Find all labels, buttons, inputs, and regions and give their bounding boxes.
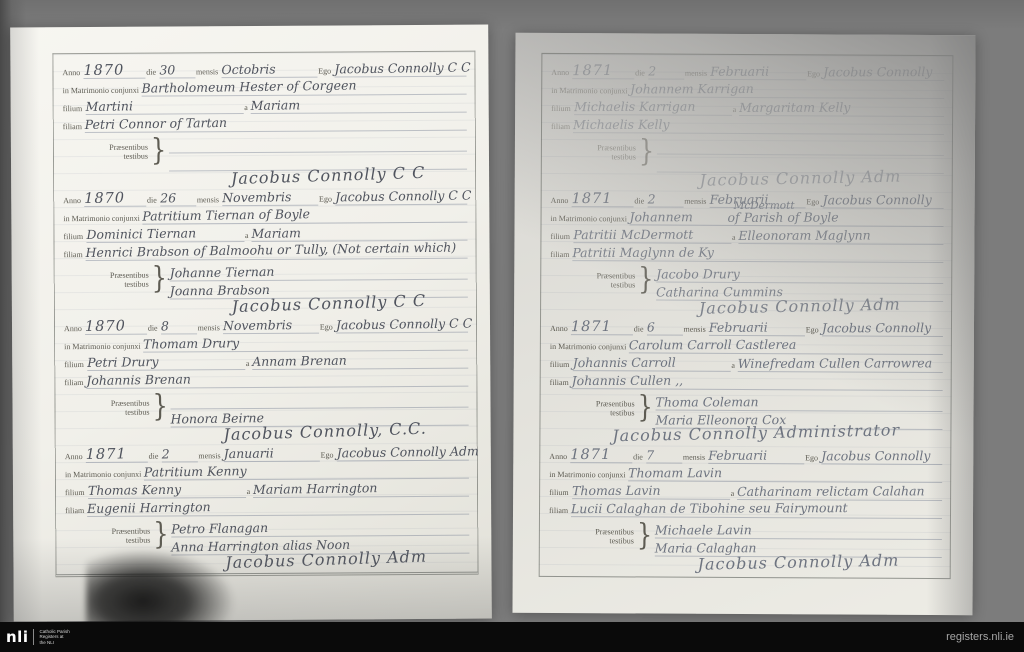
site-watermark: registers.nli.ie (946, 631, 1014, 643)
entry-mother: Mariam Harrington (253, 481, 378, 497)
register-page-right: Anno 1871 die 2 mensis Februarii Ego Jac… (512, 33, 975, 615)
entry-year: 1870 (85, 319, 126, 334)
entry-bride-father: Michaelis Kelly (573, 118, 670, 132)
register-entry: Anno 1871 die 2 mensis Februarii Ego Jac… (548, 59, 947, 189)
form-label-filium: filium (548, 488, 572, 499)
entry-year: 1871 (572, 64, 613, 78)
entry-spouse: Johannem Karrigan (631, 82, 755, 96)
form-label-filiam: filiam (63, 378, 86, 389)
form-label-filiam: filiam (64, 506, 87, 517)
entry-year: 1871 (571, 192, 612, 206)
brace-glyph: } (152, 259, 168, 304)
entry-mother: Mariam (251, 226, 301, 241)
entry-day: 26 (160, 191, 176, 205)
brace-glyph: } (637, 516, 653, 561)
entry-month: Novembris (222, 190, 291, 205)
form-label-testibus: Præsentibus testibus (548, 392, 634, 428)
entry-day: 8 (160, 319, 168, 333)
entry-day: 6 (646, 320, 654, 334)
form-label-testibus: Præsentibus testibus (550, 136, 636, 172)
register-scan: Anno 1870 die 30 mensis Octobris Ego Jac… (0, 0, 1024, 652)
entry-groom-father: Johannis Carroll (572, 356, 675, 370)
entry-priest: Jacobus Connolly Adm (336, 444, 478, 460)
entry-mother: Margaritam Kelly (739, 101, 850, 115)
entry-spouse: Thomam Drury (143, 336, 239, 351)
entry-groom-father: Thomas Kenny (87, 483, 180, 498)
witness-name: Michaele Lavin (655, 523, 752, 537)
entry-month: Februarii (710, 65, 769, 79)
form-label-filiam: filiam (549, 378, 572, 389)
entry-spouse: Johannem (630, 210, 693, 224)
entry-groom-father: Martini (85, 99, 132, 114)
form-label-filium: filium (64, 488, 88, 499)
entry-priest: Jacobus Connolly (821, 449, 930, 463)
form-label-testibus: Præsentibus testibus (62, 136, 148, 173)
entry-spouse: Patritium Tiernan of Boyle (143, 207, 311, 223)
entry-year: 1871 (85, 447, 126, 462)
entry-bride-father: Johannis Cullen ,, (572, 374, 684, 388)
entry-bride-father: Lucii Calaghan de Tibohine seu Fairymoun… (571, 501, 848, 516)
register-entry: Anno 1870 die 30 mensis Octobris Ego Jac… (59, 57, 469, 187)
entry-priest: Jacobus Connolly (823, 65, 932, 79)
form-label-filium: filium (549, 360, 573, 371)
priest-signature: Jacobus Connolly Adm (225, 550, 427, 571)
entry-month: Novembris (223, 318, 292, 333)
entry-mother: Elleonoram Maglynn (739, 229, 871, 243)
form-label-filium: filium (549, 232, 573, 243)
entry-month: Februarii (708, 449, 767, 463)
entry-mother: Winefredam Cullen Carrowrea (738, 356, 932, 371)
brace-glyph: } (638, 260, 654, 305)
entry-day: 7 (646, 448, 654, 462)
form-label-anno: Anno (548, 452, 570, 463)
entry-year: 1870 (83, 63, 124, 78)
entry-day: 2 (161, 447, 169, 461)
entry-bride-father: Eugenii Harrington (87, 500, 211, 516)
form-label-anno: Anno (63, 324, 85, 335)
entry-month: Octobris (221, 62, 275, 77)
entry-month: Februarii (709, 321, 768, 335)
priest-signature: Jacobus Connolly Administrator (612, 423, 900, 443)
entry-groom-father: Patritii McDermott (573, 228, 693, 242)
form-label-anno: Anno (61, 68, 83, 79)
entry-month: Januarii (223, 446, 273, 461)
priest-signature: Jacobus Connolly C C (231, 294, 426, 314)
nli-logo-text: Catholic Parish Registers at the NLI (33, 629, 69, 646)
form-label-testibus: Præsentibus testibus (63, 264, 149, 301)
entry-groom-father: Dominici Tiernan (86, 226, 196, 242)
form-label-filiam: filiam (548, 506, 571, 517)
form-label-filiam: filiam (550, 122, 573, 133)
entry-priest: Jacobus Connolly (822, 193, 931, 207)
entry-groom-father: Thomas Lavin (572, 484, 661, 498)
entry-bride-father: Johannis Brenan (86, 372, 191, 388)
priest-signature: Jacobus Connolly Adm (699, 298, 901, 316)
brace-glyph: } (152, 387, 168, 432)
entry-day: 2 (647, 192, 655, 206)
entry-spouse: Carolum Carroll Castlerea (629, 338, 797, 353)
form-label-filiam: filiam (549, 250, 572, 261)
entry-year: 1870 (84, 191, 125, 206)
register-page-left: Anno 1870 die 30 mensis Octobris Ego Jac… (10, 25, 492, 622)
entry-priest: Jacobus Connolly C C (336, 316, 472, 332)
nli-logo-mark: nli (6, 626, 28, 648)
form-label-anno: Anno (550, 196, 572, 207)
entry-bride-father: Patritii Maglynn de Ky (572, 246, 714, 260)
entry-priest: Jacobus Connolly C C (335, 188, 471, 204)
witness-name: Jacobo Drury (656, 267, 740, 281)
entry-mother: Annam Brenan (252, 354, 347, 369)
form-label-filiam: filiam (63, 250, 86, 261)
priest-signature: Jacobus Connolly Adm (698, 554, 900, 572)
entry-bride-father: Henrici Brabson of Balmoohu or Tully, (N… (86, 241, 457, 260)
entry-spouse-suffix: of Parish of Boyle (727, 211, 838, 225)
register-entry: Anno 1870 die 8 mensis Novembris Ego Jac… (61, 313, 471, 443)
register-entry: Anno 1871 die 7 mensis Februarii Ego Jac… (546, 443, 945, 573)
entry-mother: Mariam (251, 98, 301, 113)
priest-signature: Jacobus Connolly C C (230, 166, 425, 186)
witness-name: Thoma Coleman (656, 395, 759, 409)
brace-glyph: } (639, 132, 655, 177)
entry-groom-father: Michaelis Karrigan (574, 100, 695, 114)
form-label-filiam: filiam (62, 122, 85, 133)
entry-spouse: Thomam Lavin (629, 466, 723, 480)
page-left-ruled-frame: Anno 1870 die 30 mensis Octobris Ego Jac… (52, 51, 478, 578)
entry-mother: Catharinam relictam Calahan (737, 484, 925, 499)
form-label-anno: Anno (550, 68, 572, 79)
priest-signature: Jacobus Connolly, C.C. (223, 422, 427, 443)
priest-signature: Jacobus Connolly Adm (700, 170, 902, 188)
witness-name: Petro Flanagan (171, 521, 268, 536)
form-label-testibus: Præsentibus testibus (548, 520, 634, 556)
entry-spouse: Patritium Kenny (144, 464, 247, 480)
form-label-anno: Anno (64, 452, 86, 463)
entry-priest: Jacobus Connolly C C (334, 60, 470, 76)
form-label-testibus: Præsentibus testibus (63, 392, 149, 429)
form-label-anno: Anno (549, 324, 571, 335)
form-label-filium: filium (62, 104, 86, 115)
page-right-ruled-frame: Anno 1871 die 2 mensis Februarii Ego Jac… (539, 53, 954, 579)
register-entry: Anno 1870 die 26 mensis Novembris Ego Ja… (60, 185, 470, 315)
form-label-testibus: Præsentibus testibus (549, 264, 635, 300)
entry-year: 1871 (570, 448, 611, 462)
form-label-filium: filium (62, 232, 86, 243)
form-label-anno: Anno (62, 196, 84, 207)
register-entry: Anno 1871 die 6 mensis Februarii Ego Jac… (546, 315, 945, 445)
entry-groom-father: Petri Drury (87, 355, 159, 370)
brace-glyph: } (151, 131, 167, 176)
scan-top-shading (0, 0, 1024, 30)
entry-bride-father: Petri Connor of Tartan (85, 116, 228, 132)
entry-day: 30 (159, 63, 175, 77)
entry-day: 2 (648, 64, 656, 78)
register-entry: Anno 1871 die 2 mensis Februarii Ego Jac… (547, 187, 946, 317)
entry-spouse: Bartholomeum Hester of Corgeen (142, 78, 357, 95)
nli-logo: nli Catholic Parish Registers at the NLI (6, 626, 70, 648)
form-label-filium: filium (63, 360, 87, 371)
footer-bar: nli Catholic Parish Registers at the NLI… (0, 622, 1024, 652)
entry-year: 1871 (571, 320, 612, 334)
form-label-filium: filium (550, 104, 574, 115)
witness-name: Johanne Tiernan (170, 265, 275, 281)
entry-priest: Jacobus Connolly (822, 321, 931, 335)
